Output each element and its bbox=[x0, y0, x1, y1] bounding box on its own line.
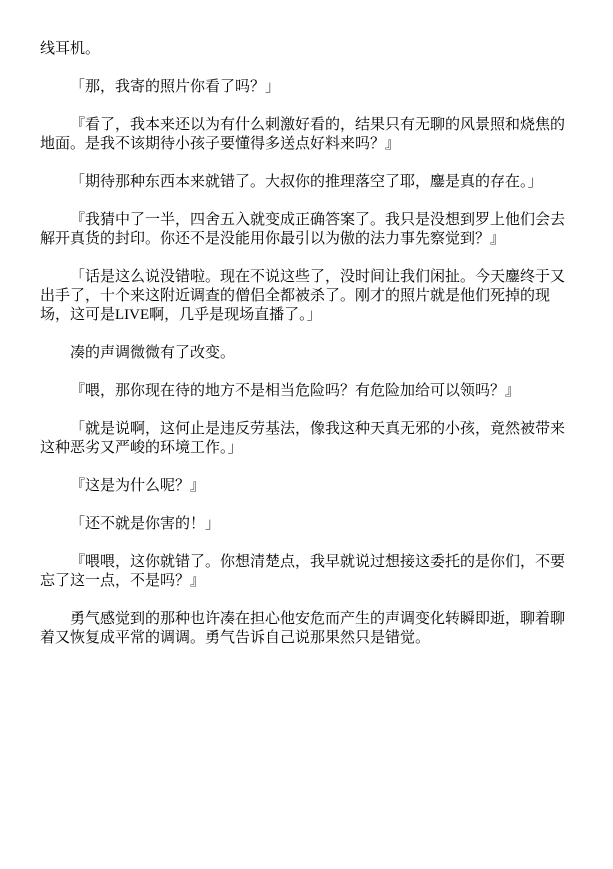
dialogue-line: 『看了，我本来还以为有什么刺激好看的，结果只有无聊的风景照和烧焦的地面。是我不该… bbox=[40, 116, 571, 154]
novel-page: 线耳机。 「那，我寄的照片你看了吗？」 『看了，我本来还以为有什么刺激好看的，结… bbox=[0, 0, 613, 869]
dialogue-line: 「那，我寄的照片你看了吗？」 bbox=[40, 78, 571, 97]
dialogue-line: 『我猜中了一半，四舍五入就变成正确答案了。我只是没想到罗上他们会去解开真货的封印… bbox=[40, 211, 571, 249]
dialogue-line: 『这是为什么呢？』 bbox=[40, 477, 571, 496]
paragraph-continuation: 线耳机。 bbox=[40, 40, 571, 59]
dialogue-line: 「话是这么说没错啦。现在不说这些了，没时间让我们闲扯。今天鏖终于又出手了，十个来… bbox=[40, 268, 571, 325]
narration-line: 勇气感觉到的那种也许凑在担心他安危而产生的声调变化转瞬即逝，聊着聊着又恢复成平常… bbox=[40, 610, 571, 648]
dialogue-line: 「还不就是你害的！」 bbox=[40, 515, 571, 534]
dialogue-line: 『喂，那你现在待的地方不是相当危险吗？有危险加给可以领吗？』 bbox=[40, 382, 571, 401]
dialogue-line: 『喂喂，这你就错了。你想清楚点，我早就说过想接这委托的是你们，不要忘了这一点，不… bbox=[40, 553, 571, 591]
dialogue-line: 「就是说啊，这何止是违反劳基法，像我这种天真无邪的小孩，竟然被带来这种恶劣又严峻… bbox=[40, 420, 571, 458]
dialogue-line: 「期待那种东西本来就错了。大叔你的推理落空了耶，鏖是真的存在。」 bbox=[40, 173, 571, 192]
narration-line: 凑的声调微微有了改变。 bbox=[40, 344, 571, 363]
